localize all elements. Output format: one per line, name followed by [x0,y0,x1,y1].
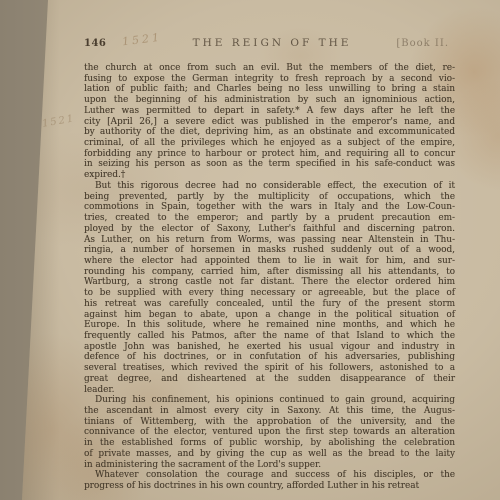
text-line: the church at once from such an evil. Bu… [84,63,455,74]
text-line: Whatever consolation the courage and suc… [84,470,455,481]
text-line: of private masses, and by giving the cup… [84,449,455,460]
text-line: progress of his doctrines in his own cou… [84,481,455,492]
book-section-label: [Book II. [396,38,449,49]
paragraph: Whatever consolation the courage and suc… [84,470,455,491]
text-line: upon the beginning of his administration… [84,95,455,106]
paragraph: But this rigorous decree had no consider… [84,181,455,395]
text-block: the church at once from such an evil. Bu… [84,63,455,492]
text-line: ringia, a number of horsemen in masks ru… [84,245,455,256]
text-line: in seizing his person as soon as the ter… [84,159,455,170]
text-line: great degree, and disheartened at the su… [84,374,455,385]
text-line: rounding his company, carried him, after… [84,267,455,278]
scanned-book-page: 146 1521 THE REIGN OF THE [Book II. 1521… [0,0,500,500]
paper-page: 146 1521 THE REIGN OF THE [Book II. 1521… [0,0,500,500]
text-line: apostle John was banished, he exerted hi… [84,342,455,353]
page-number: 146 [84,38,106,49]
text-line: by authority of the diet, depriving him,… [84,127,455,138]
text-line: tinians of Wittemberg, with the approbat… [84,417,455,428]
text-line: As Luther, on his return from Worms, was… [84,235,455,246]
text-line: frequently called his Patmos, after the … [84,331,455,342]
text-line: Wartburg, a strong castle not far distan… [84,277,455,288]
text-line: the ascendant in almost every city in Sa… [84,406,455,417]
text-line: against him began to abate, upon a chang… [84,310,455,321]
text-line: forbidding any prince to harbour or prot… [84,149,455,160]
text-line: commotions in Spain, together with the w… [84,202,455,213]
text-line: connivance of the elector, ventured upon… [84,427,455,438]
text-line: Luther was permitted to depart in safety… [84,106,455,117]
text-line: his retreat was carefully concealed, unt… [84,299,455,310]
text-line: in the established forms of public worsh… [84,438,455,449]
text-line: lation of public faith; and Charles bein… [84,84,455,95]
text-line: criminal, of all the privileges which he… [84,138,455,149]
text-line: city [April 26,] a severe edict was publ… [84,117,455,128]
text-line: where the elector had appointed them to … [84,256,455,267]
text-line: fusing to expose the German integrity to… [84,74,455,85]
text-line: But this rigorous decree had no consider… [84,181,455,192]
text-line: tries, created to the emperor; and partl… [84,213,455,224]
text-line: leader. [84,385,455,396]
running-title: THE REIGN OF THE [182,37,362,49]
page-header: 146 1521 THE REIGN OF THE [Book II. [84,36,455,54]
text-line: During his confinement, his opinions con… [84,395,455,406]
paragraph: the church at once from such an evil. Bu… [84,63,455,181]
text-line: to be supplied with every thing necessar… [84,288,455,299]
text-line: expired.† [84,170,455,181]
text-line: several treatises, which revived the spi… [84,363,455,374]
text-line: defence of his doctrines, or in confutat… [84,352,455,363]
text-line: being prevented, partly by the multiplic… [84,192,455,203]
text-line: Europe. In this solitude, where he remai… [84,320,455,331]
text-line: ployed by the elector of Saxony, Luther'… [84,224,455,235]
paragraph: During his confinement, his opinions con… [84,395,455,470]
text-line: in administering the sacrament of the Lo… [84,460,455,471]
